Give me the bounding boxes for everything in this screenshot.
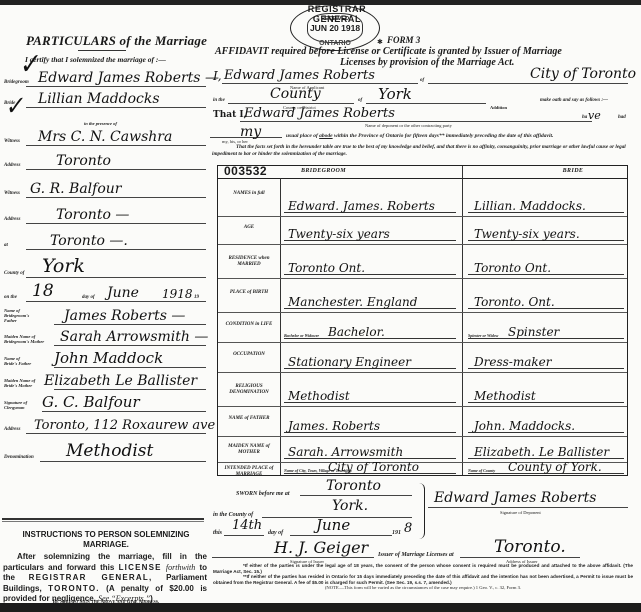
field-denomination: Denomination Methodist <box>4 442 206 462</box>
field-bride-mother: Maiden Name of Bride's Mother Elizabeth … <box>4 370 206 390</box>
table-row: INTENDED PLACE of MARRIAGEName of City, … <box>218 462 627 477</box>
bridegroom-header: BRIDEGROOM <box>301 168 346 174</box>
brace <box>419 483 425 539</box>
bridegroom-value: Sarah. Arrowsmith <box>288 445 403 459</box>
row-label: RELIGIOUS DENOMINATION <box>218 384 280 396</box>
bridegroom-value: Bachelor. <box>328 325 385 339</box>
bridegroom-value: City of Toronto <box>328 460 419 474</box>
table-row: CONDITION in LIFEBachelor or WidowerSpin… <box>218 312 627 342</box>
bride-value: Toronto Ont. <box>474 261 551 275</box>
field-clergyman-address: Address Toronto, 112 Roxaurew ave <box>4 414 206 434</box>
received-date: JUN 20 1918 <box>309 23 361 33</box>
field-address-2: Address Toronto — <box>4 204 206 224</box>
marriage-day: 18 <box>32 281 54 301</box>
sworn-day: 14th <box>232 518 262 533</box>
bride-value: Methodist <box>474 389 536 403</box>
bride-value: Lillian. Maddocks. <box>474 199 586 213</box>
particulars-table: 003532 BRIDEGROOM BRIDE NAMES in fullEdw… <box>217 165 628 476</box>
row-label: AGE <box>218 225 280 231</box>
bridegroom-value: Stationary Engineer <box>288 355 411 369</box>
row-label: INTENDED PLACE of MARRIAGE <box>218 466 280 478</box>
divider <box>2 521 204 522</box>
bride-value: Dress-maker <box>474 355 551 369</box>
bride-value: Twenty-six years. <box>474 227 580 241</box>
bride-value: County of York. <box>508 460 602 474</box>
field-witness-1: Witness Mrs C. N. Cawshra <box>4 126 206 146</box>
bride-value: Toronto. Ont. <box>474 295 555 309</box>
facts-statement: That the facts set forth in the hereunde… <box>212 144 632 158</box>
form-number: FORM 3 <box>387 35 420 45</box>
table-row: NAME of FATHERJames. RobertsJohn. Maddoc… <box>218 406 627 436</box>
table-row: PLACE of BIRTHManchester. EnglandToronto… <box>218 278 627 312</box>
table-row: RESIDENCE when MARRIEDToronto Ont.Toront… <box>218 244 627 278</box>
table-row: NAMES in fullEdward. James. RobertsLilli… <box>218 178 627 216</box>
deponent-name: Edward James Roberts <box>244 106 395 121</box>
field-county: County of York <box>4 258 206 278</box>
table-row: OCCUPATIONStationary EngineerDress-maker <box>218 342 627 372</box>
issuer-address: Toronto. <box>494 537 566 557</box>
footnotes: *If either of the parties is under the l… <box>213 563 633 591</box>
field-groom-father: Name of Bridegroom's Father James Robert… <box>4 305 206 325</box>
applicant-city: City of Toronto <box>530 66 636 82</box>
row-label: PLACE of BIRTH <box>218 290 280 296</box>
bride-value: Spinster <box>508 325 559 339</box>
bride-value: John. Maddocks. <box>474 419 575 433</box>
bride-header: BRIDE <box>518 168 628 174</box>
instructions-title: INSTRUCTIONS TO PERSON SOLEMNIZING MARRI… <box>6 530 206 550</box>
field-bride: Bride Lillian Maddocks <box>4 88 206 108</box>
bridegroom-value: Toronto Ont. <box>288 261 365 275</box>
table-row: MAIDEN NAME of MOTHERSarah. ArrowsmithEl… <box>218 436 627 462</box>
field-marriage-date: on the 18 day of June 1918 19 <box>4 282 206 302</box>
field-groom-mother: Maiden Name of Bridegroom's Mother Sarah… <box>4 326 206 346</box>
field-address-1: Address Toronto <box>4 150 206 170</box>
certify-text: I certify that I solemnized the marriage… <box>25 55 166 64</box>
caption: Bachelor or Widower <box>284 333 319 338</box>
field-bridegroom: Bridegroom Edward James Roberts — <box>4 67 206 87</box>
bridegroom-value: James. Roberts <box>288 419 380 433</box>
row-label: OCCUPATION <box>218 352 280 358</box>
applicant-name: Edward James Roberts <box>224 68 375 83</box>
sworn-county: York. <box>332 498 368 514</box>
bridegroom-name: Edward James Roberts — <box>38 70 219 86</box>
field-clergyman-signature: Signature of Clergyman G. C. Balfour <box>4 392 206 412</box>
field-at: at Toronto —. <box>4 230 206 250</box>
bride-value: Elizabeth. Le Ballister <box>474 445 609 459</box>
caption: Spinster or Widow <box>468 333 498 338</box>
title-rule <box>78 50 126 51</box>
scan-bottom-border <box>0 603 641 612</box>
table-row: AGETwenty-six yearsTwenty-six years. <box>218 216 627 244</box>
bridegroom-value: Manchester. England <box>288 295 417 309</box>
table-row: RELIGIOUS DENOMINATIONMethodistMethodist <box>218 372 627 406</box>
field-bride-father: Name of Bride's Father John Maddock <box>4 348 206 368</box>
serial-number: 003532 <box>224 164 267 178</box>
star-icon: ✱ <box>377 38 383 46</box>
affidavit-heading: AFFIDAVIT required before License or Cer… <box>215 46 635 68</box>
row-label: RESIDENCE when MARRIED <box>218 256 280 268</box>
instructions-body: After solemnizing the marriage, fill in … <box>3 552 207 605</box>
bride-name: Lillian Maddocks <box>38 91 160 107</box>
issuer-signature: H. J. Geiger <box>274 538 368 557</box>
marriage-year: 1918 <box>162 287 193 301</box>
caption: Name of County <box>468 468 495 473</box>
row-label: NAMES in full <box>218 191 280 197</box>
bridegroom-value: Edward. James. Roberts <box>288 199 435 213</box>
divider <box>2 518 204 520</box>
marriage-month: June <box>107 285 139 301</box>
row-label: NAME of FATHER <box>218 416 280 422</box>
field-witness-2: Witness G. R. Balfour <box>4 178 206 198</box>
sworn-place: Toronto <box>326 478 381 494</box>
row-label: CONDITION in LIFE <box>218 322 280 328</box>
sworn-month: June <box>316 516 350 534</box>
row-label: MAIDEN NAME of MOTHER <box>218 444 280 456</box>
bridegroom-value: Methodist <box>288 389 350 403</box>
bridegroom-value: Twenty-six years <box>288 227 390 241</box>
particulars-title: PARTICULARS of the Marriage <box>26 33 207 49</box>
deponent-signature: Edward James Roberts <box>434 490 597 506</box>
